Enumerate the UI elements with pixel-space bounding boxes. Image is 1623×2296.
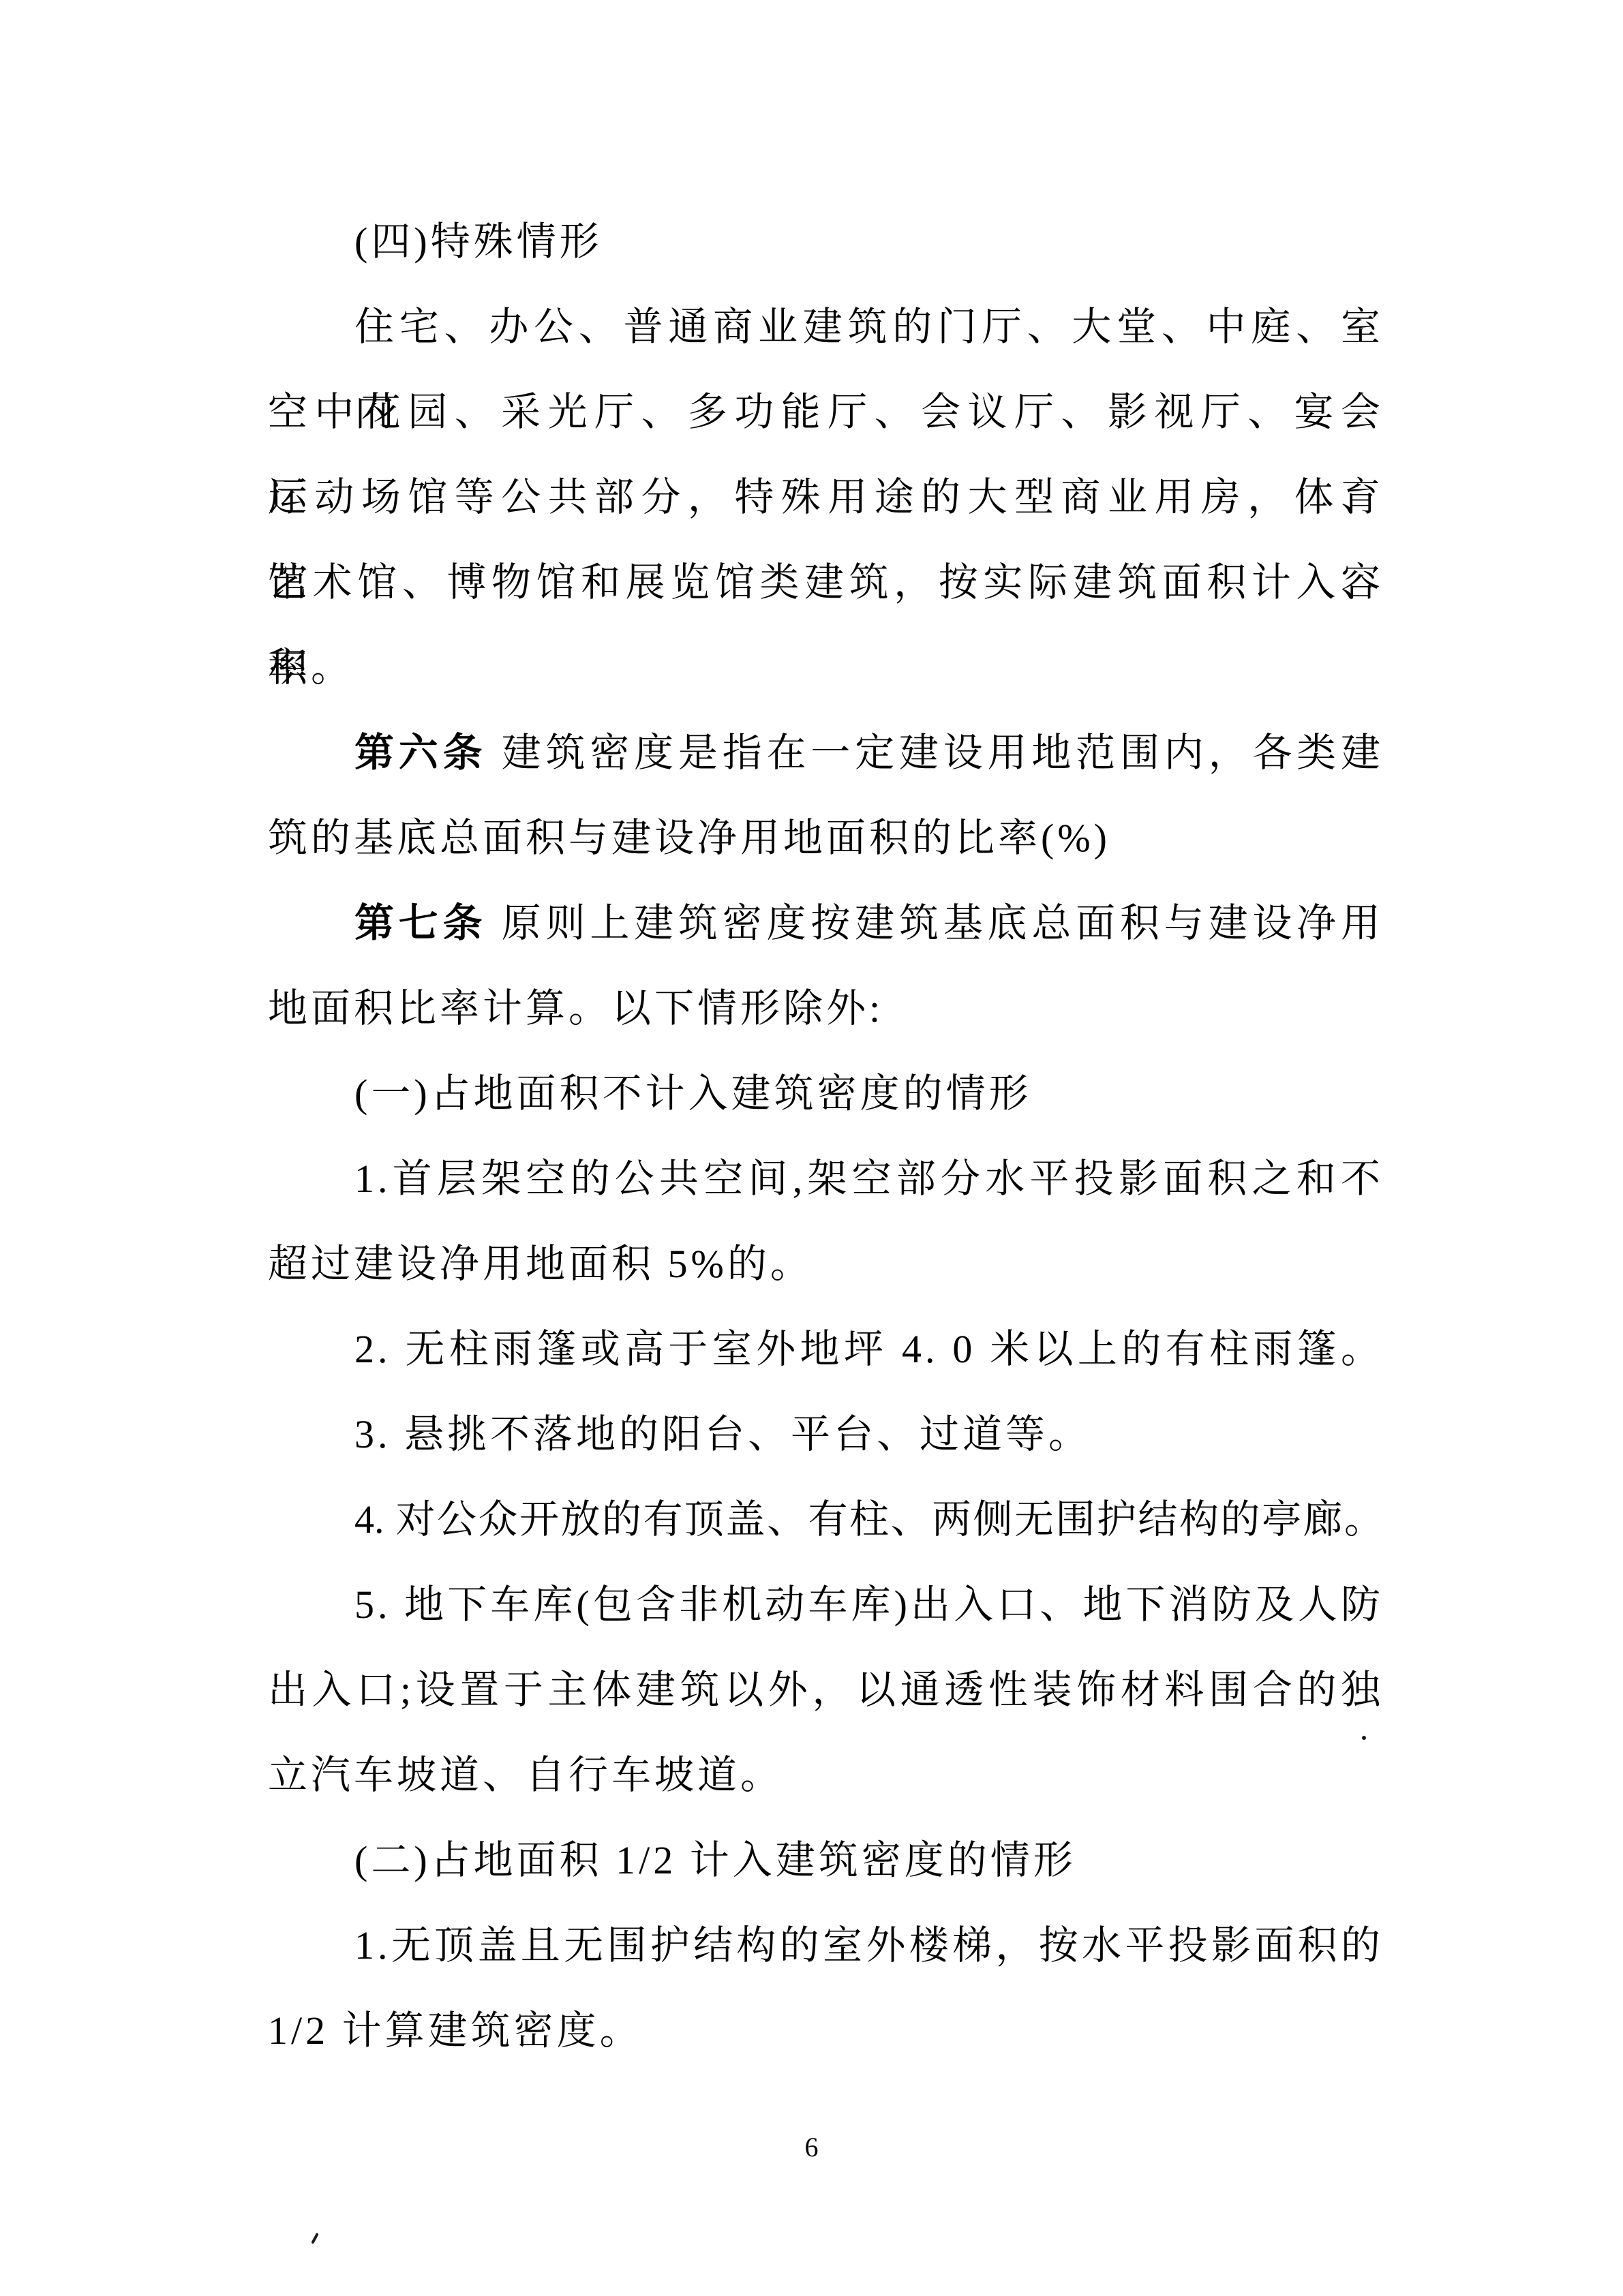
body-text: 3. 悬挑不落地的阳台、平台、过道等。 — [354, 1412, 1091, 1456]
text-line: 第六条 建筑密度是指在一定建设用地范围内，各类建 — [268, 710, 1384, 795]
body-text: 1/2 计算建筑密度。 — [268, 2008, 643, 2053]
text-line: 地面积比率计算。以下情形除外: — [268, 966, 1384, 1051]
text-line: 第七条 原则上建筑密度按建筑基底总面积与建设净用 — [268, 881, 1384, 966]
text-line: 超过建设净用地面积 5%的。 — [268, 1221, 1384, 1306]
article-number-text: 第七条 — [354, 901, 487, 945]
body-text: 超过建设净用地面积 5%的。 — [268, 1242, 813, 1286]
body-text: (二)占地面积 1/2 计入建筑密度的情形 — [354, 1838, 1076, 1882]
body-text: 出入口;设置于主体建筑以外，以通透性装饰材料围合的独 — [268, 1668, 1384, 1712]
text-line: 5. 地下车库(包含非机动车库)出入口、地下消防及人防 — [268, 1562, 1384, 1647]
document-page: (四)特殊情形住宅、办公、普通商业建筑的门厅、大堂、中庭、室内空中花园、采光厅、… — [0, 0, 1623, 2296]
text-line: 4. 对公众开放的有顶盖、有柱、两侧无围护结构的亭廊。 — [268, 1477, 1384, 1562]
body-text: 2. 无柱雨篷或高于室外地坪 4. 0 米以上的有柱雨篷。 — [354, 1327, 1384, 1371]
text-line: 立汽车坡道、自行车坡道。 — [268, 1732, 1384, 1818]
text-line: 3. 悬挑不落地的阳台、平台、过道等。 — [268, 1392, 1384, 1477]
page-number: 6 — [0, 2132, 1623, 2163]
body-text: 建筑密度是指在一定建设用地范围内，各类建 — [487, 731, 1384, 775]
text-line: 筑的基底总面积与建设净用地面积的比率(%) — [268, 795, 1384, 881]
text-line: 住宅、办公、普通商业建筑的门厅、大堂、中庭、室内 — [268, 284, 1384, 369]
text-line: 空中花园、采光厅、多功能厅、会议厅、影视厅、宴会厅、 — [268, 369, 1384, 455]
text-line: (四)特殊情形 — [268, 199, 1384, 284]
text-line: 1/2 计算建筑密度。 — [268, 1988, 1384, 2073]
body-text: 筑的基底总面积与建设净用地面积的比率(%) — [268, 816, 1110, 860]
text-line: (二)占地面积 1/2 计入建筑密度的情形 — [268, 1818, 1384, 1903]
document-body: (四)特殊情形住宅、办公、普通商业建筑的门厅、大堂、中庭、室内空中花园、采光厅、… — [268, 199, 1384, 2073]
text-line: 艺术馆、博物馆和展览馆类建筑，按实际建筑面积计入容积 — [268, 540, 1384, 625]
text-line: (一)占地面积不计入建筑密度的情形 — [268, 1051, 1384, 1136]
body-text: 立汽车坡道、自行车坡道。 — [268, 1753, 783, 1797]
text-line: 1.无顶盖且无围护结构的室外楼梯，按水平投影面积的 — [268, 1903, 1384, 1988]
body-text: 4. 对公众开放的有顶盖、有柱、两侧无围护结构的亭廊。 — [354, 1497, 1384, 1542]
text-line: 率。 — [268, 625, 1384, 710]
article-number-text: 第六条 — [354, 731, 487, 775]
body-text: 地面积比率计算。以下情形除外: — [268, 986, 883, 1030]
text-line: 1.首层架空的公共空间,架空部分水平投影面积之和不 — [268, 1136, 1384, 1221]
scan-artifact-dot — [1362, 1736, 1366, 1740]
body-text: (一)占地面积不计入建筑密度的情形 — [354, 1071, 1032, 1116]
body-text: 1.首层架空的公共空间,架空部分水平投影面积之和不 — [354, 1157, 1384, 1201]
text-line: 2. 无柱雨篷或高于室外地坪 4. 0 米以上的有柱雨篷。 — [268, 1306, 1384, 1392]
body-text: 原则上建筑密度按建筑基底总面积与建设净用 — [487, 901, 1384, 945]
body-text: 率。 — [268, 645, 354, 690]
body-text: 1.无顶盖且无围护结构的室外楼梯，按水平投影面积的 — [354, 1923, 1384, 1968]
text-line: 运动场馆等公共部分，特殊用途的大型商业用房，体育馆、 — [268, 455, 1384, 540]
body-text: (四)特殊情形 — [354, 219, 603, 264]
body-text: 5. 地下车库(包含非机动车库)出入口、地下消防及人防 — [354, 1582, 1384, 1627]
text-line: 出入口;设置于主体建筑以外，以通透性装饰材料围合的独 — [268, 1647, 1384, 1732]
scan-artifact-tick — [311, 2233, 319, 2244]
